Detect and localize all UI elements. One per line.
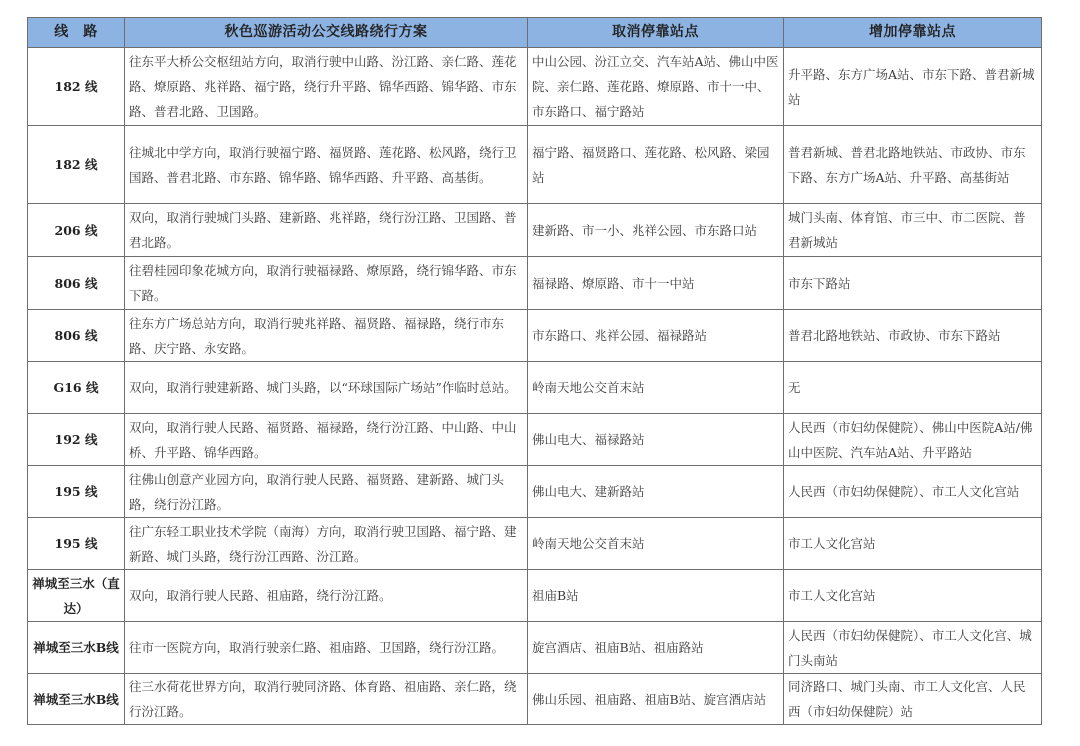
added-stops-cell: 人民西（市妇幼保健院）、市工人文化宫、城门头南站 [784, 622, 1042, 674]
added-stops-cell: 无 [784, 362, 1042, 414]
table-header-row: 线 路 秋色巡游活动公交线路绕行方案 取消停靠站点 增加停靠站点 [28, 18, 1042, 48]
added-stops-cell: 人民西（市妇幼保健院）、市工人文化宫站 [784, 466, 1042, 518]
table-row: 195 线往广东轻工职业技术学院（南海）方向，取消行驶卫国路、福宁路、建新路、城… [28, 518, 1042, 570]
added-stops-cell: 市工人文化宫站 [784, 518, 1042, 570]
table-row: 182 线往东平大桥公交枢纽站方向，取消行驶中山路、汾江路、亲仁路、莲花路、燎原… [28, 48, 1042, 126]
detour-plan-cell: 双向，取消行驶人民路、祖庙路，绕行汾江路。 [125, 570, 528, 622]
cancelled-stops-cell: 中山公园、汾江立交、汽车站A站、佛山中医院、亲仁路、莲花路、燎原路、市十一中、市… [528, 48, 784, 126]
bus-detour-table: 线 路 秋色巡游活动公交线路绕行方案 取消停靠站点 增加停靠站点 182 线往东… [27, 17, 1042, 725]
route-line-cell: 禅城至三水B线 [28, 674, 125, 725]
route-line-cell: 206 线 [28, 204, 125, 257]
table-row: 206 线双向，取消行驶城门头路、建新路、兆祥路，绕行汾江路、卫国路、普君北路。… [28, 204, 1042, 257]
table-row: 806 线往碧桂园印象花城方向，取消行驶福禄路、燎原路，绕行锦华路、市东下路。福… [28, 257, 1042, 310]
detour-plan-cell: 往东方广场总站方向，取消行驶兆祥路、福贤路、福禄路，绕行市东路、庆宁路、永安路。 [125, 310, 528, 362]
added-stops-cell: 市东下路站 [784, 257, 1042, 310]
detour-plan-cell: 双向，取消行驶人民路、福贤路、福禄路，绕行汾江路、中山路、中山桥、升平路、锦华西… [125, 414, 528, 466]
detour-plan-cell: 往三水荷花世界方向，取消行驶同济路、体育路、祖庙路、亲仁路，绕行汾江路。 [125, 674, 528, 725]
cancelled-stops-cell: 市东路口、兆祥公园、福禄路站 [528, 310, 784, 362]
added-stops-cell: 市工人文化宫站 [784, 570, 1042, 622]
table-row: 禅城至三水B线往市一医院方向，取消行驶亲仁路、祖庙路、卫国路，绕行汾江路。旋宫酒… [28, 622, 1042, 674]
detour-plan-cell: 往城北中学方向，取消行驶福宁路、福贤路、莲花路、松风路，绕行卫国路、普君北路、市… [125, 126, 528, 204]
header-cancelled-stops: 取消停靠站点 [528, 18, 784, 48]
cancelled-stops-cell: 祖庙B站 [528, 570, 784, 622]
header-added-stops: 增加停靠站点 [784, 18, 1042, 48]
cancelled-stops-cell: 建新路、市一小、兆祥公园、市东路口站 [528, 204, 784, 257]
detour-plan-cell: 双向，取消行驶城门头路、建新路、兆祥路，绕行汾江路、卫国路、普君北路。 [125, 204, 528, 257]
detour-plan-cell: 双向，取消行驶建新路、城门头路，以“环球国际广场站”作临时总站。 [125, 362, 528, 414]
cancelled-stops-cell: 福宁路、福贤路口、莲花路、松风路、梁园站 [528, 126, 784, 204]
route-line-cell: 192 线 [28, 414, 125, 466]
route-line-cell: 禅城至三水B线 [28, 622, 125, 674]
detour-plan-cell: 往广东轻工职业技术学院（南海）方向，取消行驶卫国路、福宁路、建新路、城门头路，绕… [125, 518, 528, 570]
cancelled-stops-cell: 岭南天地公交首末站 [528, 362, 784, 414]
table-row: 806 线往东方广场总站方向，取消行驶兆祥路、福贤路、福禄路，绕行市东路、庆宁路… [28, 310, 1042, 362]
table-row: G16 线双向，取消行驶建新路、城门头路，以“环球国际广场站”作临时总站。岭南天… [28, 362, 1042, 414]
cancelled-stops-cell: 福禄路、燎原路、市十一中站 [528, 257, 784, 310]
route-line-cell: 禅城至三水（直达） [28, 570, 125, 622]
cancelled-stops-cell: 佛山乐园、祖庙路、祖庙B站、旋宫酒店站 [528, 674, 784, 725]
route-line-cell: 195 线 [28, 518, 125, 570]
header-detour-plan: 秋色巡游活动公交线路绕行方案 [125, 18, 528, 48]
cancelled-stops-cell: 岭南天地公交首末站 [528, 518, 784, 570]
detour-plan-cell: 往碧桂园印象花城方向，取消行驶福禄路、燎原路，绕行锦华路、市东下路。 [125, 257, 528, 310]
table-row: 禅城至三水B线往三水荷花世界方向，取消行驶同济路、体育路、祖庙路、亲仁路，绕行汾… [28, 674, 1042, 725]
route-line-cell: 182 线 [28, 126, 125, 204]
cancelled-stops-cell: 旋宫酒店、祖庙B站、祖庙路站 [528, 622, 784, 674]
cancelled-stops-cell: 佛山电大、建新路站 [528, 466, 784, 518]
detour-plan-cell: 往市一医院方向，取消行驶亲仁路、祖庙路、卫国路，绕行汾江路。 [125, 622, 528, 674]
table-row: 禅城至三水（直达）双向，取消行驶人民路、祖庙路，绕行汾江路。祖庙B站市工人文化宫… [28, 570, 1042, 622]
added-stops-cell: 人民西（市妇幼保健院）、佛山中医院A站/佛山中医院、汽车站A站、升平路站 [784, 414, 1042, 466]
detour-plan-cell: 往佛山创意产业园方向，取消行驶人民路、福贤路、建新路、城门头路，绕行汾江路。 [125, 466, 528, 518]
table-body: 182 线往东平大桥公交枢纽站方向，取消行驶中山路、汾江路、亲仁路、莲花路、燎原… [28, 48, 1042, 725]
route-line-cell: 806 线 [28, 257, 125, 310]
route-line-cell: 806 线 [28, 310, 125, 362]
added-stops-cell: 升平路、东方广场A站、市东下路、普君新城站 [784, 48, 1042, 126]
route-line-cell: 182 线 [28, 48, 125, 126]
route-line-cell: G16 线 [28, 362, 125, 414]
added-stops-cell: 城门头南、体育馆、市三中、市二医院、普君新城站 [784, 204, 1042, 257]
table-row: 192 线双向，取消行驶人民路、福贤路、福禄路，绕行汾江路、中山路、中山桥、升平… [28, 414, 1042, 466]
route-line-cell: 195 线 [28, 466, 125, 518]
table-row: 182 线往城北中学方向，取消行驶福宁路、福贤路、莲花路、松风路，绕行卫国路、普… [28, 126, 1042, 204]
added-stops-cell: 同济路口、城门头南、市工人文化宫、人民西（市妇幼保健院）站 [784, 674, 1042, 725]
table-row: 195 线往佛山创意产业园方向，取消行驶人民路、福贤路、建新路、城门头路，绕行汾… [28, 466, 1042, 518]
cancelled-stops-cell: 佛山电大、福禄路站 [528, 414, 784, 466]
added-stops-cell: 普君北路地铁站、市政协、市东下路站 [784, 310, 1042, 362]
added-stops-cell: 普君新城、普君北路地铁站、市政协、市东下路、东方广场A站、升平路、高基街站 [784, 126, 1042, 204]
header-line: 线 路 [28, 18, 125, 48]
detour-plan-cell: 往东平大桥公交枢纽站方向，取消行驶中山路、汾江路、亲仁路、莲花路、燎原路、兆祥路… [125, 48, 528, 126]
